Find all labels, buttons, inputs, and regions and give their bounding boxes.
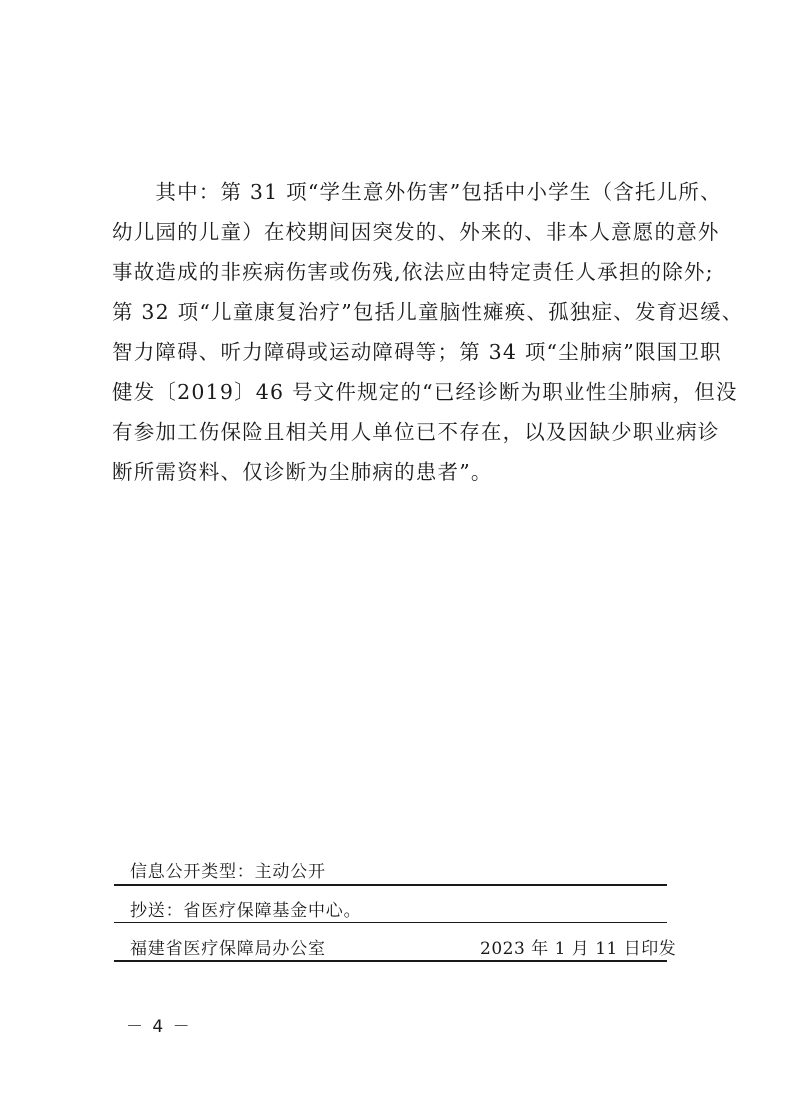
cc-recipients: 抄送：省医疗保障基金中心。: [130, 896, 361, 921]
page-number: － 4 －: [126, 1012, 192, 1037]
document-page: 其中：第 31 项“学生意外伤害”包括中小学生（含托儿所、 幼儿园的儿童）在校期…: [0, 0, 791, 1113]
body-line-8: 断所需资料、仅诊断为尘肺病的患者”。: [112, 452, 712, 492]
body-line-6: 健发〔2019〕46 号文件规定的“已经诊断为职业性尘肺病，但没: [112, 372, 712, 412]
body-line-5: 智力障碍、听力障碍或运动障碍等；第 34 项“尘肺病”限国卫职: [112, 332, 712, 372]
body-line-1: 其中：第 31 项“学生意外伤害”包括中小学生（含托儿所、: [112, 172, 712, 212]
body-line-4: 第 32 项“儿童康复治疗”包括儿童脑性瘫痪、孤独症、发育迟缓、: [112, 292, 712, 332]
footer-divider-1: [114, 884, 667, 886]
body-line-7: 有参加工伤保险且相关用人单位已不存在，以及因缺少职业病诊: [112, 412, 712, 452]
disclosure-type: 信息公开类型：主动公开: [130, 857, 326, 882]
body-line-2: 幼儿园的儿童）在校期间因突发的、外来的、非本人意愿的意外: [112, 212, 712, 252]
issue-date: 2023 年 1 月 11 日印发: [480, 934, 676, 959]
body-line-3: 事故造成的非疾病伤害或伤残,依法应由特定责任人承担的除外;: [112, 252, 712, 292]
footer-divider-2: [114, 922, 667, 923]
footer-divider-3: [114, 960, 667, 962]
issuing-office: 福建省医疗保障局办公室: [130, 934, 326, 959]
